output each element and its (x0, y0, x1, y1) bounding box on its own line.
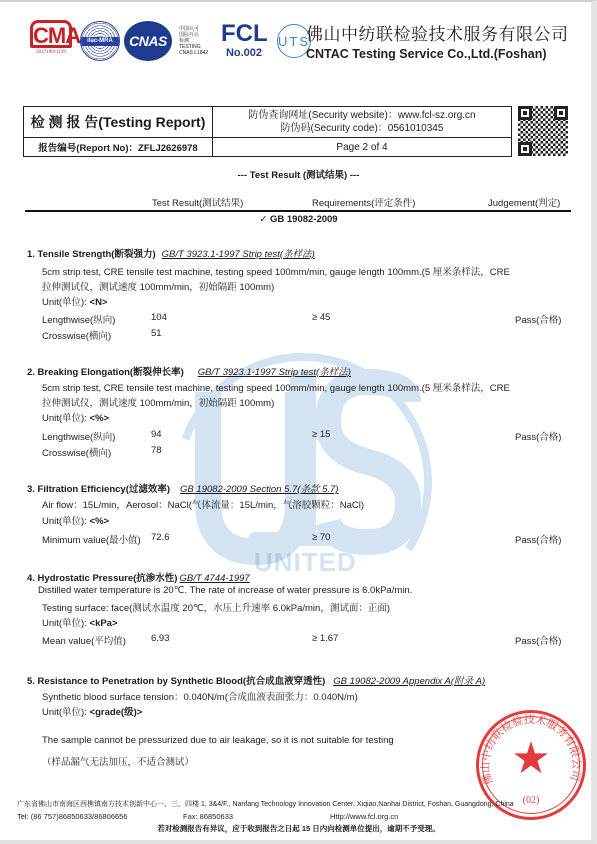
qr-code (518, 106, 568, 156)
section-3-unit: Unit(单位): <%> (42, 513, 109, 527)
row-judgement: Pass(合格) (515, 633, 561, 647)
accreditation-logos: CMA 201719011139 ilac-MRA CNAS 中国认可 国际互认… (26, 16, 311, 66)
footer-fax: Fax: 86850633 (183, 812, 233, 821)
cnas-text: 中国认可 国际互认 检测 TESTING CNAS L1842 (179, 26, 217, 56)
row-label: Mean value(平均值) (42, 633, 126, 647)
col-judgement: Judgement(判定) (488, 195, 560, 209)
divider (25, 210, 571, 212)
section-5-title: 5. Resistance to Penetration by Syntheti… (27, 673, 485, 687)
row-label: Crosswise(横向) (42, 328, 111, 342)
col-requirements: Requirements(评定条件) (312, 195, 415, 209)
row-value: 78 (151, 445, 162, 456)
section-3-desc: Air flow：15L/min，Aerosol：NaCl(气体流量：15L/m… (42, 497, 364, 511)
footer-address: 广东省佛山市南海区西樵镇南方技术创新中心一、三、四楼 1, 3&4/F., Na… (17, 799, 514, 809)
section-4-unit: Unit(单位): <kPa> (42, 615, 118, 629)
row-requirement: ≥ 15 (312, 429, 330, 440)
row-label: Minimum value(最小值) (42, 532, 141, 546)
ilac-mra-logo: ilac-MRA (80, 21, 120, 61)
report-page: CMA 201719011139 ilac-MRA CNAS 中国认可 国际互认… (0, 0, 597, 844)
row-requirement: ≥ 45 (312, 312, 330, 323)
standard-label: ✓ GB 19082-2009 (0, 214, 597, 225)
footer-website: Http://www.fcl.org.cn (330, 812, 398, 821)
section-5-unit: Unit(单位): <grade(级)> (42, 704, 142, 718)
row-requirement: ≥ 1.67 (312, 633, 338, 644)
watermark-united: UNITED (254, 547, 357, 578)
company-name: 佛山中纺联检验技术服务有限公司 CNTAC Testing Service Co… (306, 24, 569, 62)
report-header-table: 检 测 报 告(Testing Report) 防伪查询网址(Security … (23, 106, 512, 157)
row-value: 72.6 (151, 532, 170, 543)
section-4-title: 4. Hydrostatic Pressure(抗渗水性)GB/T 4744-1… (27, 570, 250, 584)
section-5-note-cn: （样品漏气无法加压，不适合测试） (42, 754, 194, 768)
section-2-desc: 拉伸测试仪，测试速度 100mm/min，初始隔距 100mm) (42, 395, 274, 409)
test-result-title: --- Test Result (测试结果) --- (0, 167, 597, 181)
row-value: 94 (151, 429, 162, 440)
report-number: 报告编号(Report No)：ZFLJ2626978 (24, 138, 213, 157)
row-value: 104 (151, 312, 167, 323)
col-test-result: Test Result(测试结果) (152, 195, 243, 209)
footer-tel: Tel: (86 757)86850633/86806656 (17, 812, 128, 821)
section-5-note-en: The sample cannot be pressurized due to … (42, 735, 394, 746)
row-requirement: ≥ 70 (312, 532, 330, 543)
row-judgement: Pass(合格) (515, 429, 561, 443)
row-value: 6.93 (151, 633, 170, 644)
row-judgement: Pass(合格) (515, 312, 561, 326)
section-2-title: 2. Breaking Elongation(断裂伸长率)GB/T 3923.1… (27, 364, 351, 378)
section-2-unit: Unit(单位): <%> (42, 410, 109, 424)
section-2-desc: 5cm strip test, CRE tensile test machine… (42, 380, 510, 394)
security-info: 防伪查询网址(Security website)：www.fcl-sz.org.… (213, 107, 512, 138)
row-value: 51 (151, 328, 162, 339)
page-number: Page 2 of 4 (213, 138, 512, 157)
section-1-title: 1. Tensile Strength(断裂强力)GB/T 3923.1-199… (27, 246, 315, 260)
section-3-title: 3. Filtration Efficiency(过滤效率)GB 19082-2… (27, 481, 338, 495)
report-title: 检 测 报 告(Testing Report) (24, 107, 213, 138)
row-label: Lengthwise(纵向) (42, 429, 115, 443)
section-5-desc: Synthetic blood surface tension：0.040N/m… (42, 689, 358, 703)
section-1-desc: 拉伸测试仪，测试速度 100mm/min，初始隔距 100mm) (42, 279, 274, 293)
section-4-desc: Distilled water temperature is 20℃. The … (38, 585, 412, 596)
cnas-logo: CNAS (124, 21, 172, 61)
star-icon: ★ (479, 737, 583, 781)
cma-logo: CMA 201719011139 (26, 18, 76, 64)
row-label: Crosswise(横向) (42, 445, 111, 459)
row-label: Lengthwise(纵向) (42, 312, 115, 326)
section-4-desc: Testing surface: face(测试水温度 20℃，水压上升速率 6… (42, 600, 390, 614)
footer-objection-note: 若对检测报告有异议，应于收到报告之日起 15 日内向检测单位提出，逾期不予受理。 (0, 823, 597, 834)
fcl-logo: FCL No.002 (221, 18, 267, 64)
row-judgement: Pass(合格) (515, 532, 561, 546)
section-1-unit: Unit(单位): <N> (42, 294, 107, 308)
section-1-desc: 5cm strip test, CRE tensile test machine… (42, 264, 510, 278)
